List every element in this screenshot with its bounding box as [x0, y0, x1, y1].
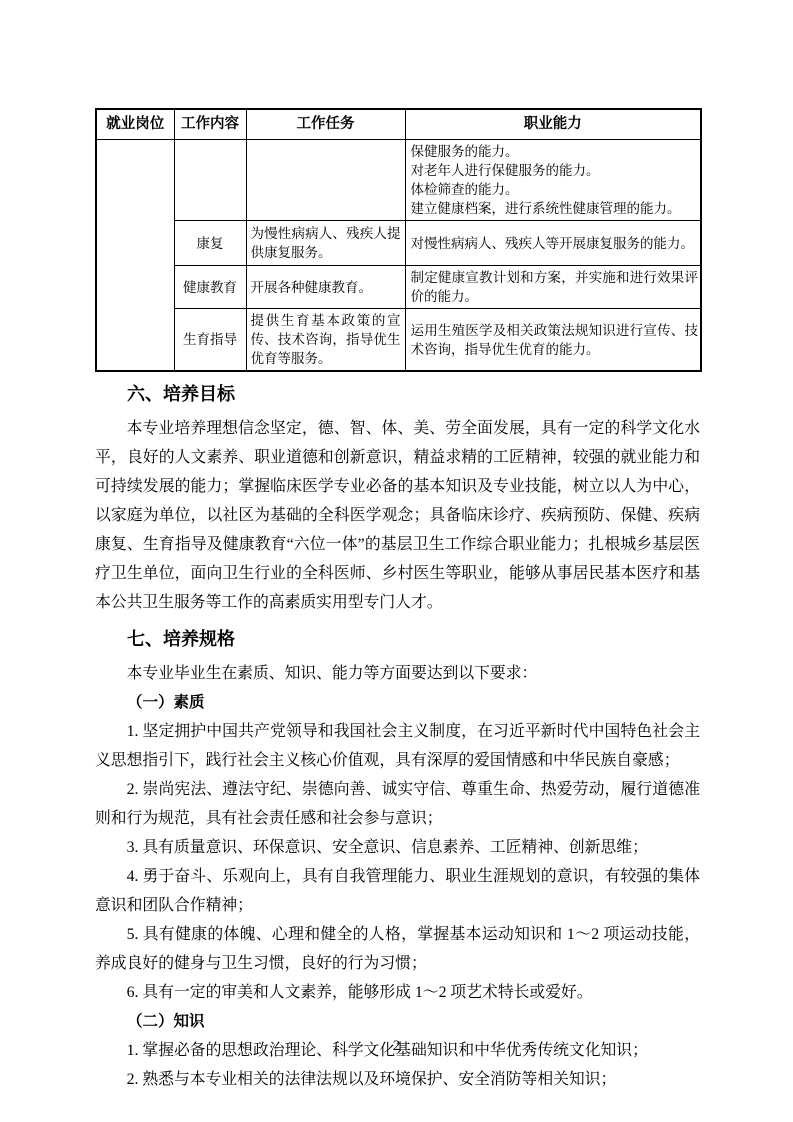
quality-item: 4. 勇于奋斗、乐观向上，具有自我管理能力、职业生涯规划的意识，有较强的集体意识…: [95, 862, 700, 920]
subsection-quality-heading: （一）素质: [95, 688, 700, 717]
cell-work-content: 康复: [174, 221, 246, 266]
cell-work-content: 健康教育: [174, 266, 246, 309]
subsection-knowledge-heading: （二）知识: [95, 1007, 700, 1036]
ability-line: 体检筛查的能力。: [411, 180, 699, 199]
quality-item: 5. 具有健康的体魄、心理和健全的人格，掌握基本运动知识和 1～2 项运动技能，…: [95, 920, 700, 978]
col-header-job-position: 就业岗位: [96, 109, 174, 140]
ability-line: 保健服务的能力。: [411, 142, 699, 161]
quality-item: 6. 具有一定的审美和人文素养，能够形成 1～2 项艺术特长或爱好。: [95, 978, 700, 1007]
quality-item: 2. 崇尚宪法、遵法守纪、崇德向善、诚实守信、尊重生命、热爱劳动，履行道德准则和…: [95, 775, 700, 833]
table-row: 康复 为慢性病病人、残疾人提供康复服务。 对慢性病病人、残疾人等开展康复服务的能…: [96, 221, 701, 266]
cell-ability: 制定健康宣教计划和方案，并实施和进行效果评价的能力。: [405, 266, 701, 309]
cell-job-position: [96, 140, 174, 372]
ability-line: 建立健康档案，进行系统性健康管理的能力。: [411, 199, 699, 218]
section-objectives-heading: 六、培养目标: [95, 384, 700, 406]
cell-work-task: 为慢性病病人、残疾人提供康复服务。: [246, 221, 405, 266]
col-header-work-task: 工作任务: [246, 109, 405, 140]
quality-item: 1. 坚定拥护中国共产党领导和我国社会主义制度，在习近平新时代中国特色社会主义思…: [95, 717, 700, 775]
cell-work-content: 生育指导: [174, 309, 246, 372]
section-specs-heading: 七、培养规格: [95, 629, 700, 651]
cell-work-content: [174, 140, 246, 221]
table-row: 保健服务的能力。 对老年人进行保健服务的能力。 体检筛查的能力。 建立健康档案，…: [96, 140, 701, 221]
ability-line: 对老年人进行保健服务的能力。: [411, 161, 699, 180]
cell-work-task: 开展各种健康教育。: [246, 266, 405, 309]
knowledge-item: 2. 熟悉与本专业相关的法律法规以及环境保护、安全消防等相关知识；: [95, 1065, 700, 1094]
cell-ability: 对慢性病病人、残疾人等开展康复服务的能力。: [405, 221, 701, 266]
cell-ability: 运用生殖医学及相关政策法规知识进行宣传、技术咨询，指导优生优育的能力。: [405, 309, 701, 372]
job-positions-table: 就业岗位 工作内容 工作任务 职业能力 保健服务的能力。 对老年人进行保健服务的…: [95, 108, 702, 372]
page-content: 就业岗位 工作内容 工作任务 职业能力 保健服务的能力。 对老年人进行保健服务的…: [95, 108, 700, 1094]
quality-item: 3. 具有质量意识、环保意识、安全意识、信息素养、工匠精神、创新思维；: [95, 833, 700, 862]
col-header-work-content: 工作内容: [174, 109, 246, 140]
cell-ability: 保健服务的能力。 对老年人进行保健服务的能力。 体检筛查的能力。 建立健康档案，…: [405, 140, 701, 221]
table-header-row: 就业岗位 工作内容 工作任务 职业能力: [96, 109, 701, 140]
col-header-ability: 职业能力: [405, 109, 701, 140]
specs-intro: 本专业毕业生在素质、知识、能力等方面要达到以下要求：: [95, 659, 700, 688]
page-number: 2: [0, 1038, 793, 1055]
objectives-paragraph: 本专业培养理想信念坚定，德、智、体、美、劳全面发展，具有一定的科学文化水平，良好…: [95, 414, 700, 617]
cell-work-task: [246, 140, 405, 221]
cell-work-task: 提供生育基本政策的宣传、技术咨询，指导优生优育等服务。: [246, 309, 405, 372]
table-row: 健康教育 开展各种健康教育。 制定健康宣教计划和方案，并实施和进行效果评价的能力…: [96, 266, 701, 309]
table-row: 生育指导 提供生育基本政策的宣传、技术咨询，指导优生优育等服务。 运用生殖医学及…: [96, 309, 701, 372]
document-page: 就业岗位 工作内容 工作任务 职业能力 保健服务的能力。 对老年人进行保健服务的…: [0, 0, 793, 1122]
